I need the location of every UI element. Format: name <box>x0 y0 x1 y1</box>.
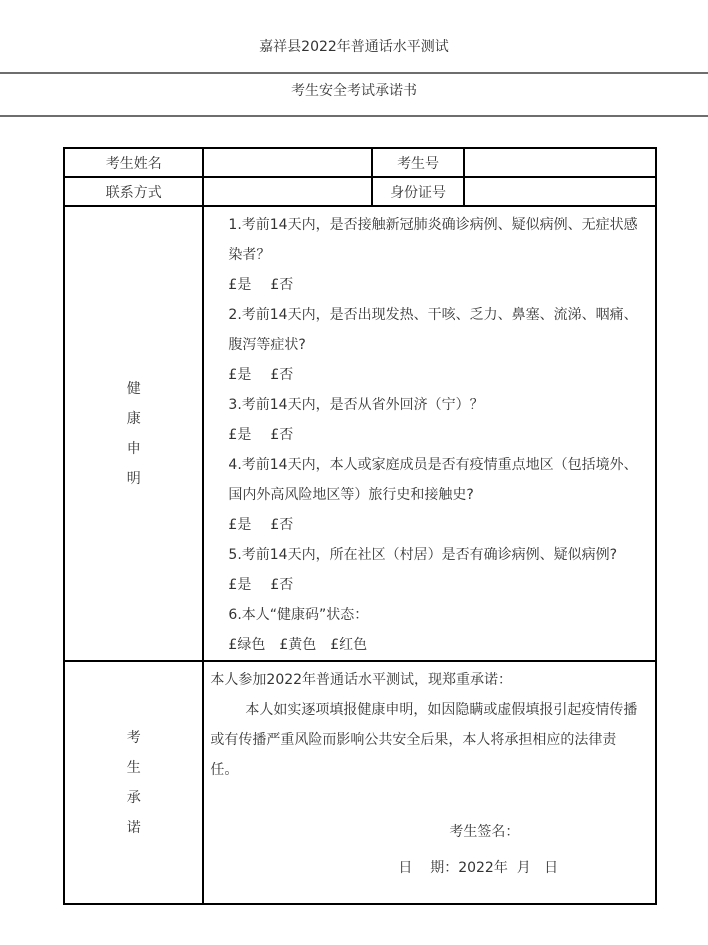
option-no[interactable]: £否 <box>270 510 293 540</box>
candidate-pledge-label: 考 生 承 诺 <box>64 661 203 904</box>
pledge-body: 本人如实逐项填报健康申明，如因隐瞒或虚假填报引起疫情传播或有传播严重风险而影响公… <box>210 695 641 785</box>
id-number-field[interactable] <box>464 177 656 206</box>
health-questions: 1.考前14天内，是否接触新冠肺炎确诊病例、疑似病例、无症状感染者？ £是£否 … <box>203 206 656 661</box>
option-yes[interactable]: £是 <box>228 420 251 450</box>
subtitle-divider <box>0 115 708 117</box>
id-number-label: 身份证号 <box>372 177 464 206</box>
option-green[interactable]: £绿色 <box>228 630 265 660</box>
question-1: 1.考前14天内，是否接触新冠肺炎确诊病例、疑似病例、无症状感染者？ <box>228 210 639 270</box>
pledge-intro: 本人参加2022年普通话水平测试，现郑重承诺： <box>210 665 641 695</box>
exam-number-field[interactable] <box>464 148 656 177</box>
title-divider <box>0 72 708 74</box>
pledge-content: 本人参加2022年普通话水平测试，现郑重承诺： 本人如实逐项填报健康申明，如因隐… <box>203 661 656 904</box>
option-no[interactable]: £否 <box>270 420 293 450</box>
health-declaration-label: 健 康 申 明 <box>64 206 203 661</box>
question-4: 4.考前14天内，本人或家庭成员是否有疫情重点地区（包括境外、国内外高风险地区等… <box>228 450 639 510</box>
date-label: 日 期：2022年 月 日 <box>398 858 558 878</box>
question-4-options: £是£否 <box>228 510 639 540</box>
exam-number-label: 考生号 <box>372 148 464 177</box>
option-no[interactable]: £否 <box>270 570 293 600</box>
option-yes[interactable]: £是 <box>228 570 251 600</box>
name-field[interactable] <box>203 148 372 177</box>
question-5: 5.考前14天内，所在社区（村居）是否有确诊病例、疑似病例? <box>228 540 639 570</box>
question-2-options: £是£否 <box>228 360 639 390</box>
document-subtitle: 考生安全考试承诺书 <box>0 81 708 101</box>
table-row: 考生姓名 考生号 <box>64 148 656 177</box>
pledge-form-table: 考生姓名 考生号 联系方式 身份证号 健 康 申 明 1.考前14天内，是否接触… <box>63 147 657 905</box>
option-no[interactable]: £否 <box>270 270 293 300</box>
document-title: 嘉祥县2022年普通话水平测试 <box>0 37 708 57</box>
question-6: 6.本人“健康码”状态： <box>228 600 639 630</box>
contact-field[interactable] <box>203 177 372 206</box>
question-5-options: £是£否 <box>228 570 639 600</box>
table-row: 联系方式 身份证号 <box>64 177 656 206</box>
option-red[interactable]: £红色 <box>330 630 367 660</box>
health-declaration-row: 健 康 申 明 1.考前14天内，是否接触新冠肺炎确诊病例、疑似病例、无症状感染… <box>64 206 656 661</box>
question-3: 3.考前14天内，是否从省外回济（宁）？ <box>228 390 639 420</box>
option-yes[interactable]: £是 <box>228 270 251 300</box>
question-6-options: £绿色£黄色£红色 <box>228 630 639 660</box>
signature-label: 考生签名： <box>449 822 519 842</box>
option-yes[interactable]: £是 <box>228 510 251 540</box>
candidate-pledge-row: 考 生 承 诺 本人参加2022年普通话水平测试，现郑重承诺： 本人如实逐项填报… <box>64 661 656 904</box>
name-label: 考生姓名 <box>64 148 203 177</box>
question-1-options: £是£否 <box>228 270 639 300</box>
contact-label: 联系方式 <box>64 177 203 206</box>
option-yellow[interactable]: £黄色 <box>279 630 316 660</box>
option-yes[interactable]: £是 <box>228 360 251 390</box>
option-no[interactable]: £否 <box>270 360 293 390</box>
question-2: 2.考前14天内，是否出现发热、干咳、乏力、鼻塞、流涕、咽痛、腹泻等症状? <box>228 300 639 360</box>
question-3-options: £是£否 <box>228 420 639 450</box>
